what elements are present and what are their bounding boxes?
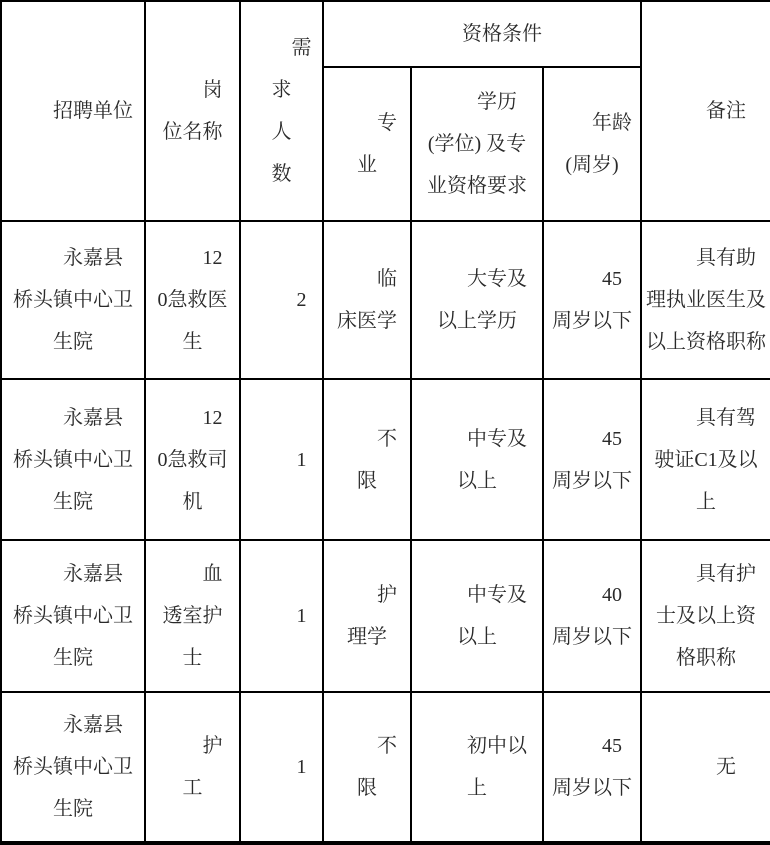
cell-unit-row4: 永嘉县 桥头镇中心卫 生院	[1, 692, 145, 843]
cell-position-row1: 12 0急救医 生	[145, 221, 240, 379]
cell-unit-row3: 永嘉县 桥头镇中心卫 生院	[1, 540, 145, 692]
cell-remark-row4: 无	[641, 692, 770, 843]
cell-major-row1: 临 床医学	[323, 221, 411, 379]
cell-education-row4: 初中以 上	[411, 692, 543, 843]
cell-remark-row2: 具有驾 驶证C1及以 上	[641, 379, 770, 539]
cell-major-row2: 不 限	[323, 379, 411, 539]
header-recruit-unit: 招聘单位	[1, 1, 145, 221]
header-qualification-group: 资格条件	[323, 1, 641, 67]
recruitment-table: 招聘单位 岗 位名称 需 求 人 数 资格条件 备注 专 业 学历 (学位) 及…	[0, 0, 770, 845]
cell-unit-row2: 永嘉县 桥头镇中心卫 生院	[1, 379, 145, 539]
cell-position-row4: 护 工	[145, 692, 240, 843]
cell-major-row4: 不 限	[323, 692, 411, 843]
header-remark: 备注	[641, 1, 770, 221]
cell-count-row1: 2	[240, 221, 323, 379]
table-row-2: 永嘉县 桥头镇中心卫 生院 12 0急救司 机 1 不 限 中专及 以上 45 …	[1, 379, 770, 539]
header-education: 学历 (学位) 及专 业资格要求	[411, 67, 543, 221]
cell-age-row2: 45 周岁以下	[543, 379, 641, 539]
table-row-4: 永嘉县 桥头镇中心卫 生院 护 工 1 不 限 初中以 上 45 周岁以下 无	[1, 692, 770, 843]
cell-position-row2: 12 0急救司 机	[145, 379, 240, 539]
cell-age-row4: 45 周岁以下	[543, 692, 641, 843]
table-row-3: 永嘉县 桥头镇中心卫 生院 血 透室护 士 1 护 理学 中专及 以上 40 周…	[1, 540, 770, 692]
cell-position-row3: 血 透室护 士	[145, 540, 240, 692]
cell-count-row4: 1	[240, 692, 323, 843]
header-position-name: 岗 位名称	[145, 1, 240, 221]
cell-count-row2: 1	[240, 379, 323, 539]
cell-remark-row3: 具有护 士及以上资 格职称	[641, 540, 770, 692]
cell-education-row1: 大专及 以上学历	[411, 221, 543, 379]
cell-count-row3: 1	[240, 540, 323, 692]
cell-education-row2: 中专及 以上	[411, 379, 543, 539]
header-row-top: 招聘单位 岗 位名称 需 求 人 数 资格条件 备注	[1, 1, 770, 67]
cell-age-row1: 45 周岁以下	[543, 221, 641, 379]
cell-remark-row1: 具有助 理执业医生及 以上资格职称	[641, 221, 770, 379]
header-headcount: 需 求 人 数	[240, 1, 323, 221]
cell-age-row3: 40 周岁以下	[543, 540, 641, 692]
cell-education-row3: 中专及 以上	[411, 540, 543, 692]
header-age: 年龄 (周岁)	[543, 67, 641, 221]
table-row-1: 永嘉县 桥头镇中心卫 生院 12 0急救医 生 2 临 床医学 大专及 以上学历…	[1, 221, 770, 379]
cell-major-row3: 护 理学	[323, 540, 411, 692]
header-major: 专 业	[323, 67, 411, 221]
cell-unit-row1: 永嘉县 桥头镇中心卫 生院	[1, 221, 145, 379]
